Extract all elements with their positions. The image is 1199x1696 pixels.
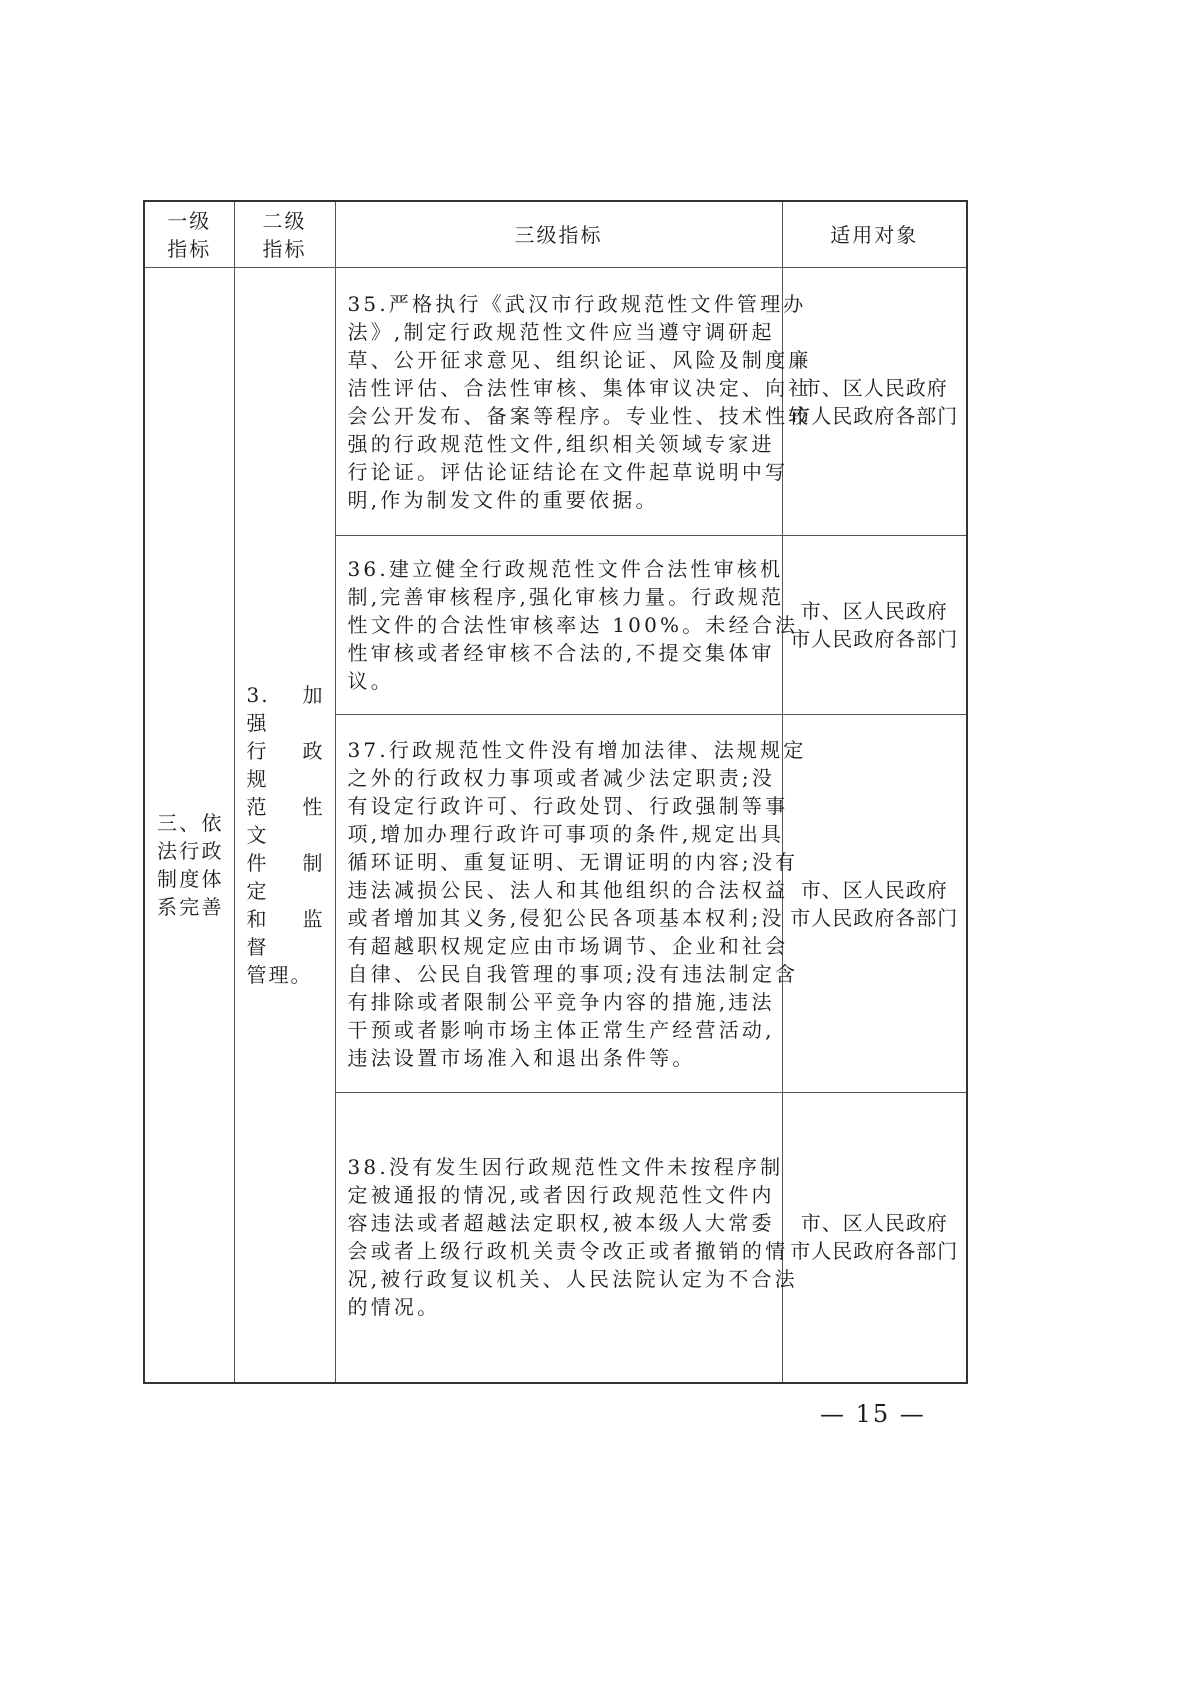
target-cell-36: 市、区人民政府 市人民政府各部门 <box>782 536 967 715</box>
level3-indicator-37: 37.行政规范性文件没有增加法律、法规规定 之外的行政权力事项或者减少法定职责;… <box>335 715 782 1093</box>
header-target: 适用对象 <box>782 201 967 268</box>
header-level1: 一级 指标 <box>144 201 234 268</box>
target-cell-37: 市、区人民政府 市人民政府各部门 <box>782 715 967 1093</box>
level3-indicator-35: 35.严格执行《武汉市行政规范性文件管理办 法》,制定行政规范性文件应当遵守调研… <box>335 268 782 536</box>
target-cell-38: 市、区人民政府 市人民政府各部门 <box>782 1093 967 1383</box>
level3-indicator-36: 36.建立健全行政规范性文件合法性审核机 制,完善审核程序,强化审核力量。行政规… <box>335 536 782 715</box>
header-level2: 二级 指标 <box>234 201 335 268</box>
target-cell-35: 市、区人民政府 市人民政府各部门 <box>782 268 967 536</box>
table-row: 三、依 法行政 制度体 系完善 3. 加 强 行 政 规 范 性 文 件 制 定… <box>144 268 967 536</box>
table-header-row: 一级 指标 二级 指标 三级指标 适用对象 <box>144 201 967 268</box>
level2-indicator-cell: 3. 加 强 行 政 规 范 性 文 件 制 定 和 监 督 管理。 <box>234 268 335 1383</box>
indicator-table: 一级 指标 二级 指标 三级指标 适用对象 三、依 法行政 制度体 系完善 3.… <box>143 200 968 1384</box>
page-number: — 15 — <box>820 1400 926 1428</box>
level1-indicator-cell: 三、依 法行政 制度体 系完善 <box>144 268 234 1383</box>
header-level3: 三级指标 <box>335 201 782 268</box>
level3-indicator-38: 38.没有发生因行政规范性文件未按程序制 定被通报的情况,或者因行政规范性文件内… <box>335 1093 782 1383</box>
